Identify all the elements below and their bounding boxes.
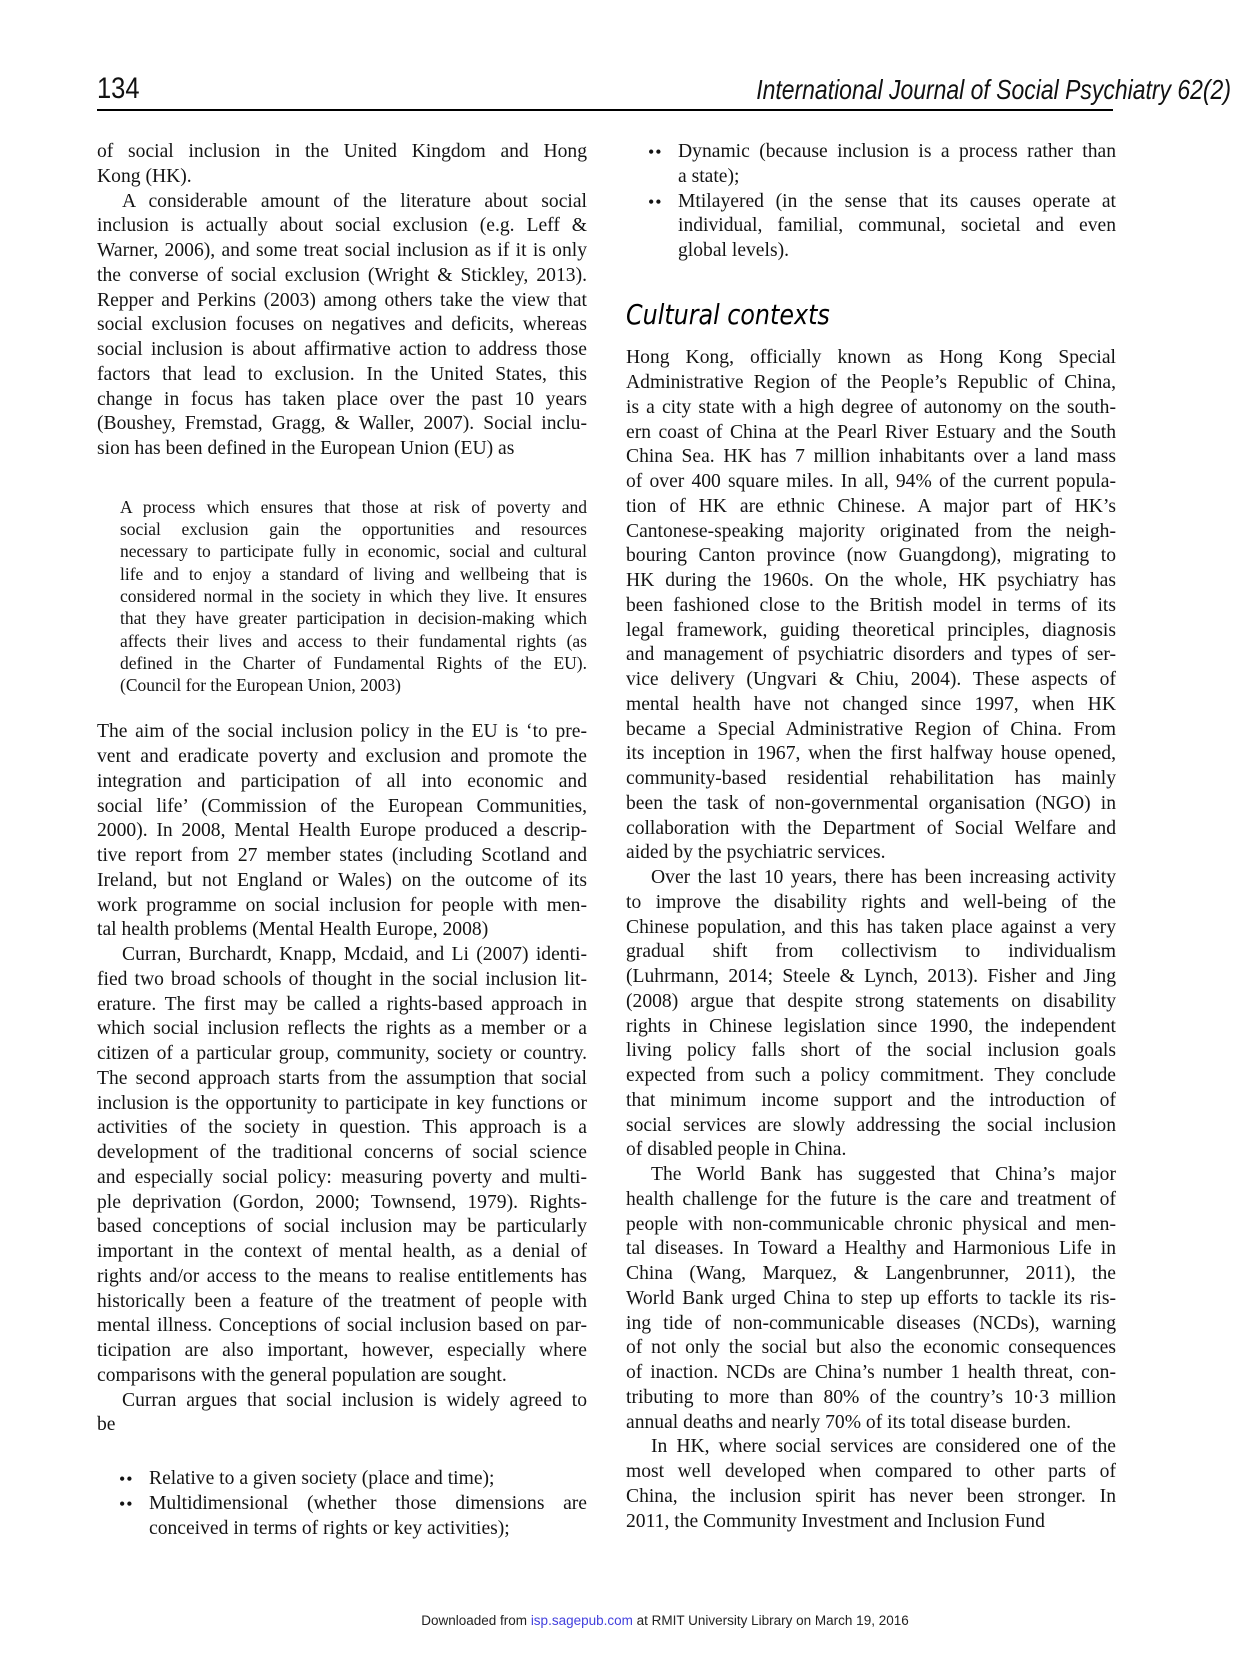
text-line: social services are slowly addressing th… — [626, 1114, 1116, 1139]
text-line: tal diseases. In Toward a Healthy and Ha… — [626, 1237, 1116, 1262]
text-line: development of the traditional concerns … — [97, 1141, 587, 1166]
text-line: of inaction. NCDs are China’s number 1 h… — [626, 1361, 1116, 1386]
bullet-text: Multidimensional (whether those dimensio… — [149, 1492, 587, 1542]
text-line: collaboration with the Department of Soc… — [626, 817, 1116, 842]
text-line: gradual shift from collectivism to indiv… — [626, 940, 1116, 965]
text-line: Ireland, but not England or Wales) on th… — [97, 869, 587, 894]
text-line: based conceptions of social inclusion ma… — [97, 1215, 587, 1240]
paragraph: of social inclusion in the United Kingdo… — [97, 140, 587, 190]
text-line: tive report from 27 member states (inclu… — [97, 844, 587, 869]
bullet-list-item: ••Relative to a given society (place and… — [97, 1467, 587, 1492]
bullet-text: Mtilayered (in the sense that its causes… — [678, 190, 1116, 264]
text-line: China Sea. HK has 7 million inhabitants … — [626, 445, 1116, 470]
text-line: social inclusion is about affirmative ac… — [97, 338, 587, 363]
text-line: ern coast of China at the Pearl River Es… — [626, 421, 1116, 446]
text-line: A process which ensures that those at ri… — [120, 496, 587, 518]
paragraph: In HK, where social services are conside… — [626, 1435, 1116, 1534]
column-right: ••Dynamic (because inclusion is a proces… — [626, 140, 1116, 1534]
text-line: activities of the society in question. T… — [97, 1116, 587, 1141]
text-line: ticipation are also important, however, … — [97, 1339, 587, 1364]
text-line: fied two broad schools of thought in the… — [97, 968, 587, 993]
bullet-text: Dynamic (because inclusion is a process … — [678, 140, 1116, 190]
bullet-list-item: ••Mtilayered (in the sense that its caus… — [626, 190, 1116, 264]
text-line: Cantonese-speaking majority originated f… — [626, 520, 1116, 545]
text-line: HK during the 1960s. On the whole, HK ps… — [626, 569, 1116, 594]
text-line: of over 400 square miles. In all, 94% of… — [626, 470, 1116, 495]
text-line: social exclusion focuses on negatives an… — [97, 313, 587, 338]
text-line: A considerable amount of the literature … — [97, 190, 587, 215]
text-line: considered normal in the society in whic… — [120, 585, 587, 607]
text-line: (Council for the European Union, 2003) — [120, 674, 587, 696]
text-line: Administrative Region of the People’s Re… — [626, 371, 1116, 396]
section-heading: Cultural contexts — [626, 298, 1043, 332]
text-line: and especially social policy: measuring … — [97, 1166, 587, 1191]
text-line: that they have greater participation in … — [120, 607, 587, 629]
text-line: legal framework, guiding theoretical pri… — [626, 619, 1116, 644]
text-line: bouring Canton province (now Guangdong),… — [626, 544, 1116, 569]
text-line: conceived in terms of rights or key acti… — [149, 1517, 587, 1542]
text-line: Chinese population, and this has taken p… — [626, 916, 1116, 941]
text-line: vice delivery (Ungvari & Chiu, 2004). Th… — [626, 668, 1116, 693]
text-line: World Bank urged China to step up effort… — [626, 1287, 1116, 1312]
text-line: of social inclusion in the United Kingdo… — [97, 140, 587, 165]
text-line: The World Bank has suggested that China’… — [626, 1163, 1116, 1188]
text-line: Dynamic (because inclusion is a process … — [678, 140, 1116, 165]
page-number: 134 — [97, 74, 140, 104]
journal-title: International Journal of Social Psychiat… — [756, 76, 1231, 104]
text-line: work programme on social inclusion for p… — [97, 894, 587, 919]
paragraph: Over the last 10 years, there has been i… — [626, 866, 1116, 1163]
text-line: social life’ (Commission of the European… — [97, 795, 587, 820]
text-line: ing tide of non-communicable diseases (N… — [626, 1312, 1116, 1337]
text-line: important in the context of mental healt… — [97, 1240, 587, 1265]
footer-text-suffix: at RMIT University Library on March 19, … — [633, 1613, 909, 1628]
text-line: community-based residential rehabilitati… — [626, 767, 1116, 792]
bullet-marker-icon: •• — [648, 140, 678, 190]
text-line: Repper and Perkins (2003) among others t… — [97, 289, 587, 314]
text-line: inclusion is actually about social exclu… — [97, 214, 587, 239]
text-line: Hong Kong, officially known as Hong Kong… — [626, 346, 1116, 371]
text-line: to improve the disability rights and wel… — [626, 891, 1116, 916]
text-line: (Boushey, Fremstad, Gragg, & Waller, 200… — [97, 412, 587, 437]
text-line: citizen of a particular group, community… — [97, 1042, 587, 1067]
text-line: of not only the social but also the econ… — [626, 1336, 1116, 1361]
text-line: most well developed when compared to oth… — [626, 1460, 1116, 1485]
text-line: (2008) argue that despite strong stateme… — [626, 990, 1116, 1015]
text-line: Multidimensional (whether those dimensio… — [149, 1492, 587, 1517]
footer-link[interactable]: isp.sagepub.com — [531, 1613, 633, 1628]
column-left: of social inclusion in the United Kingdo… — [97, 140, 587, 1541]
text-line: aided by the psychiatric services. — [626, 841, 1116, 866]
text-line: people with non-communicable chronic phy… — [626, 1213, 1116, 1238]
text-line: Kong (HK). — [97, 165, 587, 190]
text-line: a state); — [678, 165, 1116, 190]
paragraph: The aim of the social inclusion policy i… — [97, 720, 587, 943]
text-line: integration and participation of all int… — [97, 770, 587, 795]
text-line: inclusion is the opportunity to particip… — [97, 1092, 587, 1117]
bullet-marker-icon: •• — [648, 190, 678, 264]
text-line: factors that lead to exclusion. In the U… — [97, 363, 587, 388]
text-line: mental health have not changed since 199… — [626, 693, 1116, 718]
text-line: erature. The first may be called a right… — [97, 993, 587, 1018]
text-line: expected from such a policy commitment. … — [626, 1064, 1116, 1089]
bullet-list-item: ••Dynamic (because inclusion is a proces… — [626, 140, 1116, 190]
text-line: defined in the Charter of Fundamental Ri… — [120, 652, 587, 674]
text-line: be — [97, 1413, 587, 1438]
text-line: rights and/or access to the means to rea… — [97, 1265, 587, 1290]
text-line: China, the inclusion spirit has never be… — [626, 1485, 1116, 1510]
text-line: annual deaths and nearly 70% of its tota… — [626, 1411, 1116, 1436]
footer-text-prefix: Downloaded from — [421, 1613, 531, 1628]
text-line: The aim of the social inclusion policy i… — [97, 720, 587, 745]
page-footer: Downloaded from isp.sagepub.com at RMIT … — [97, 1612, 1233, 1630]
text-line: global levels). — [678, 239, 1116, 264]
text-line: tributing to more than 80% of the countr… — [626, 1386, 1116, 1411]
text-line: ple deprivation (Gordon, 2000; Townsend,… — [97, 1191, 587, 1216]
text-line: Curran argues that social inclusion is w… — [97, 1389, 587, 1414]
header-rule — [97, 109, 1113, 111]
text-line: tal health problems (Mental Health Europ… — [97, 918, 587, 943]
extract-quote: A process which ensures that those at ri… — [120, 496, 587, 697]
text-line: and management of psychiatric disorders … — [626, 643, 1116, 668]
text-line: is a city state with a high degree of au… — [626, 396, 1116, 421]
text-line: of disabled people in China. — [626, 1138, 1116, 1163]
text-line: Curran, Burchardt, Knapp, Mcdaid, and Li… — [97, 943, 587, 968]
text-line: mental illness. Conceptions of social in… — [97, 1314, 587, 1339]
text-line: living policy falls short of the social … — [626, 1039, 1116, 1064]
paragraph: Curran, Burchardt, Knapp, Mcdaid, and Li… — [97, 943, 587, 1389]
text-line: Warner, 2006), and some treat social inc… — [97, 239, 587, 264]
text-line: historically been a feature of the treat… — [97, 1290, 587, 1315]
text-line: been fashioned close to the British mode… — [626, 594, 1116, 619]
text-line: that minimum income support and the intr… — [626, 1089, 1116, 1114]
paragraph: Hong Kong, officially known as Hong Kong… — [626, 346, 1116, 866]
text-line: rights in Chinese legislation since 1990… — [626, 1015, 1116, 1040]
text-line: 2011, the Community Investment and Inclu… — [626, 1510, 1116, 1535]
text-line: health challenge for the future is the c… — [626, 1188, 1116, 1213]
bullet-text: Relative to a given society (place and t… — [149, 1467, 587, 1492]
text-line: The second approach starts from the assu… — [97, 1067, 587, 1092]
paragraph: The World Bank has suggested that China’… — [626, 1163, 1116, 1435]
text-line: its inception in 1967, when the first ha… — [626, 742, 1116, 767]
text-line: Over the last 10 years, there has been i… — [626, 866, 1116, 891]
text-line: change in focus has taken place over the… — [97, 388, 587, 413]
text-line: individual, familial, communal, societal… — [678, 214, 1116, 239]
text-line: 2000). In 2008, Mental Health Europe pro… — [97, 819, 587, 844]
bullet-marker-icon: •• — [119, 1492, 149, 1542]
bullet-marker-icon: •• — [119, 1467, 149, 1492]
text-line: (Luhrmann, 2014; Steele & Lynch, 2013). … — [626, 965, 1116, 990]
text-line: the converse of social exclusion (Wright… — [97, 264, 587, 289]
text-line: sion has been defined in the European Un… — [97, 437, 587, 462]
text-line: Relative to a given society (place and t… — [149, 1467, 587, 1492]
text-line: became a Special Administrative Region o… — [626, 718, 1116, 743]
bullet-list-item: ••Multidimensional (whether those dimens… — [97, 1492, 587, 1542]
text-line: which social inclusion reflects the righ… — [97, 1017, 587, 1042]
text-line: social exclusion gain the opportunities … — [120, 518, 587, 540]
paragraph: Curran argues that social inclusion is w… — [97, 1389, 587, 1439]
bullet-list: ••Dynamic (because inclusion is a proces… — [626, 140, 1116, 264]
text-line: tion of HK are ethnic Chinese. A major p… — [626, 495, 1116, 520]
text-line: vent and eradicate poverty and exclusion… — [97, 745, 587, 770]
bullet-list: ••Relative to a given society (place and… — [97, 1467, 587, 1541]
text-line: life and to enjoy a standard of living a… — [120, 563, 587, 585]
text-line: Mtilayered (in the sense that its causes… — [678, 190, 1116, 215]
text-line: China (Wang, Marquez, & Langenbrunner, 2… — [626, 1262, 1116, 1287]
text-line: been the task of non-governmental organi… — [626, 792, 1116, 817]
text-line: necessary to participate fully in econom… — [120, 540, 587, 562]
text-line: comparisons with the general population … — [97, 1364, 587, 1389]
text-line: In HK, where social services are conside… — [626, 1435, 1116, 1460]
text-line: affects their lives and access to their … — [120, 630, 587, 652]
journal-page: 134 International Journal of Social Psyc… — [0, 0, 1241, 1654]
paragraph: A considerable amount of the literature … — [97, 190, 587, 462]
